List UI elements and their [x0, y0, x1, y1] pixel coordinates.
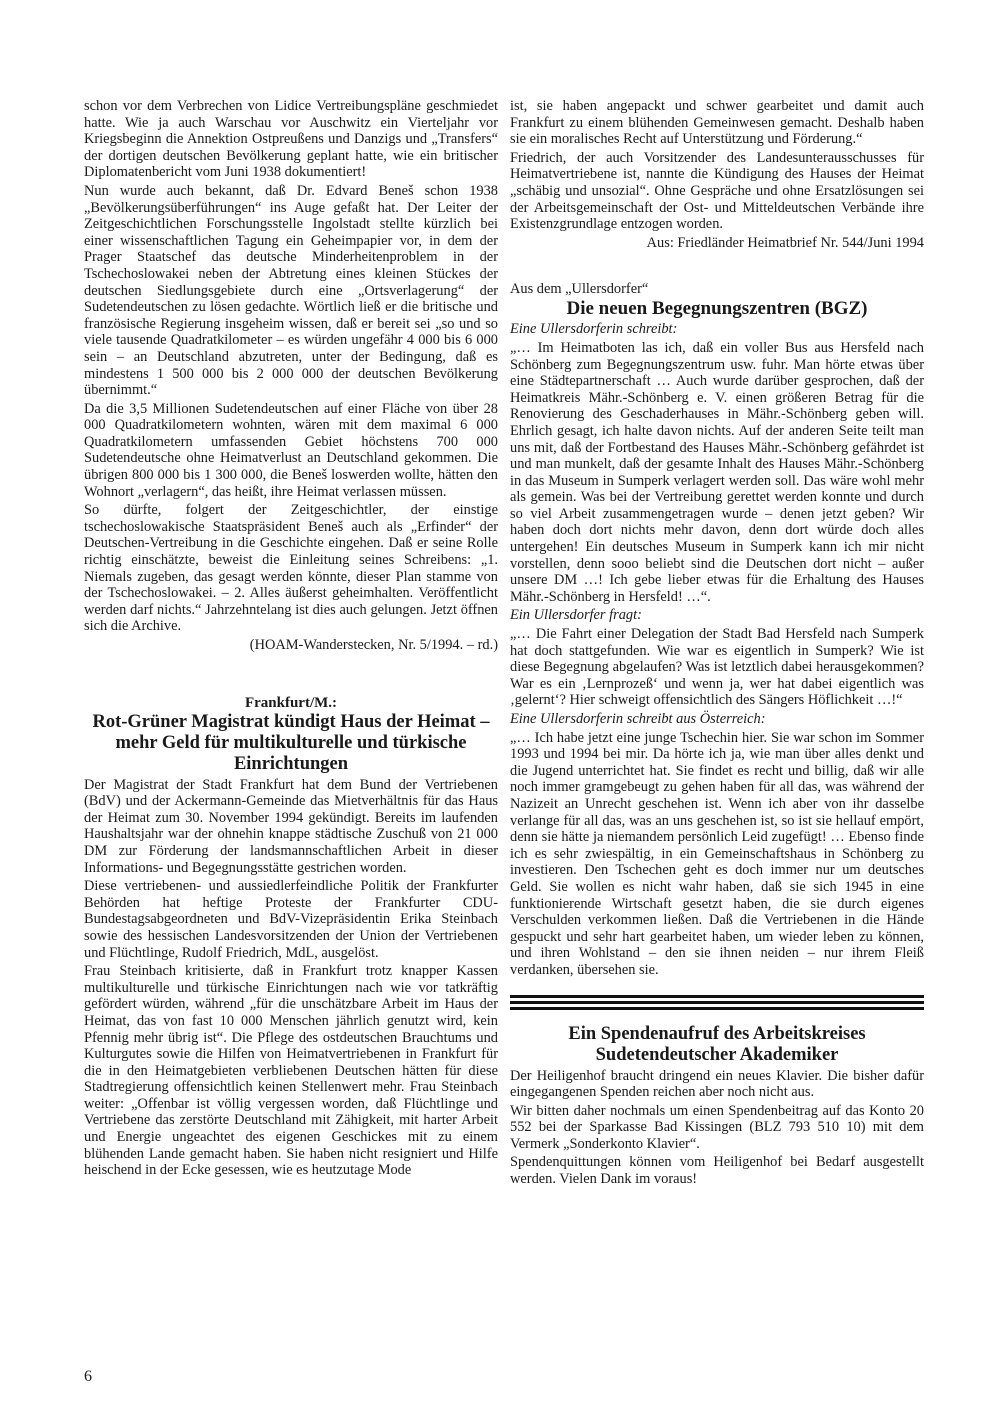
letter-label: Eine Ullersdorferin schreibt:: [510, 321, 924, 338]
article-overline: Aus dem „Ullersdorfer“: [510, 281, 924, 298]
paragraph: Spendenquittungen können vom Heiligenhof…: [510, 1154, 924, 1187]
divider-line: [510, 1007, 924, 1010]
paragraph: Frau Steinbach kritisierte, daß in Frank…: [84, 963, 498, 1179]
paragraph: Friedrich, der auch Vorsitzender des Lan…: [510, 150, 924, 233]
source-citation: Aus: Friedländer Heimatbrief Nr. 544/Jun…: [510, 235, 924, 252]
divider-line: [510, 995, 924, 998]
article-ullersdorfer: Aus dem „Ullersdorfer“ Die neuen Begegnu…: [510, 281, 924, 978]
paragraph: schon vor dem Verbrechen von Lidice Vert…: [84, 98, 498, 181]
paragraph: Da die 3,5 Millionen Sudetendeutschen au…: [84, 401, 498, 501]
right-column: ist, sie haben angepackt und schwer gear…: [510, 98, 924, 1188]
letter-text: „… Die Fahrt einer Delegation der Stadt …: [510, 626, 924, 709]
paragraph: Der Heiligenhof braucht dringend ein neu…: [510, 1068, 924, 1101]
article-kicker: Frankfurt/M.:: [84, 694, 498, 712]
paragraph: ist, sie haben angepackt und schwer gear…: [510, 98, 924, 148]
left-column: schon vor dem Verbrechen von Lidice Vert…: [84, 98, 498, 1179]
page-number: 6: [84, 1368, 92, 1386]
article-donation-appeal: Ein Spendenaufruf des Arbeitskreises Sud…: [510, 1024, 924, 1188]
article-headline: Rot-Grüner Magistrat kündigt Haus der He…: [84, 712, 498, 775]
section-divider: [510, 995, 924, 1010]
paragraph: Nun wurde auch bekannt, daß Dr. Edvard B…: [84, 183, 498, 399]
letter-text: „… Ich habe jetzt eine junge Tschechin h…: [510, 730, 924, 979]
divider-line: [510, 1001, 924, 1004]
paragraph: Der Magistrat der Stadt Frankfurt hat de…: [84, 777, 498, 877]
paragraph: Diese vertriebenen- und aussiedlerfeindl…: [84, 878, 498, 961]
article-headline: Die neuen Begegnungszentren (BGZ): [510, 298, 924, 319]
letter-text: „… Im Heimatboten las ich, daß ein volle…: [510, 340, 924, 606]
article-headline: Ein Spendenaufruf des Arbeitskreises Sud…: [510, 1024, 924, 1066]
paragraph: Wir bitten daher nochmals um einen Spend…: [510, 1103, 924, 1153]
paragraph: So dürfte, folgert der Zeitgeschichtler,…: [84, 502, 498, 635]
article-frankfurt: Frankfurt/M.: Rot-Grüner Magistrat kündi…: [84, 694, 498, 1179]
letter-label: Eine Ullersdorferin schreibt aus Österre…: [510, 711, 924, 728]
letter-label: Ein Ullersdorfer fragt:: [510, 607, 924, 624]
source-citation: (HOAM-Wanderstecken, Nr. 5/1994. – rd.): [84, 637, 498, 654]
